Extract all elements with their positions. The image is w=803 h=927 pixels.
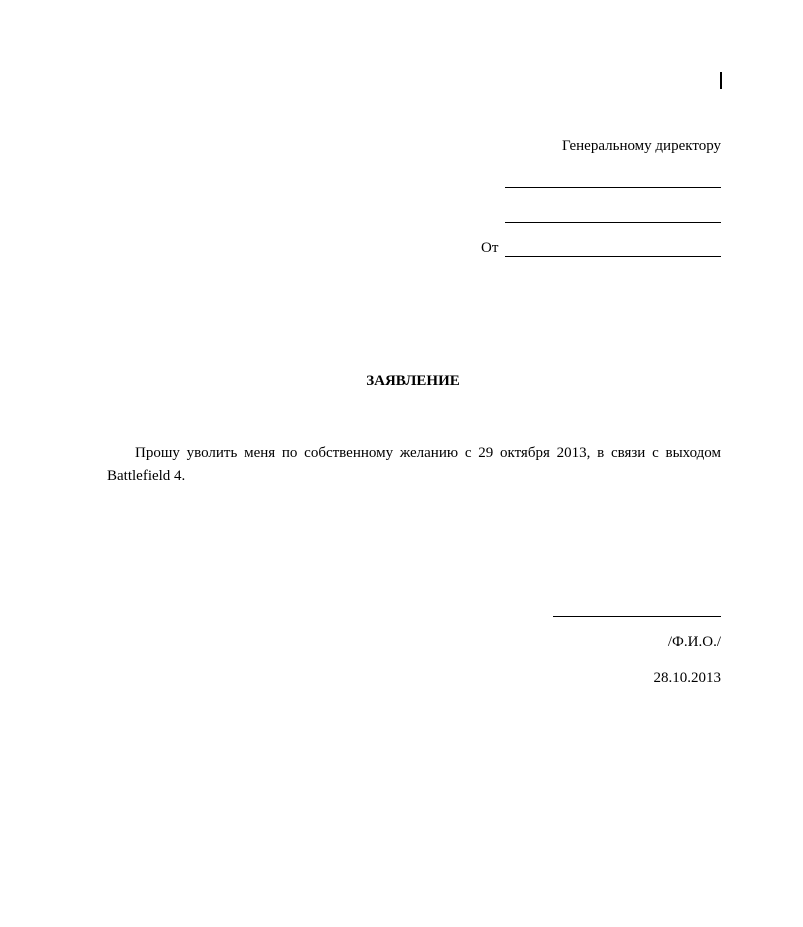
document-body: Прошу уволить меня по собственному желан…: [107, 442, 721, 488]
document-date: 28.10.2013: [654, 670, 722, 687]
addressee-text: Генеральному директору: [562, 138, 721, 155]
from-blank-line[interactable]: [505, 256, 721, 257]
signature-blank-line[interactable]: [553, 616, 721, 617]
signature-label: /Ф.И.О./: [668, 634, 721, 651]
addressee-company-blank-line[interactable]: [505, 222, 721, 223]
addressee-name-blank-line[interactable]: [505, 187, 721, 188]
text-cursor: [720, 72, 722, 89]
from-label: От: [481, 240, 498, 257]
document-title: ЗАЯВЛЕНИЕ: [0, 373, 803, 390]
